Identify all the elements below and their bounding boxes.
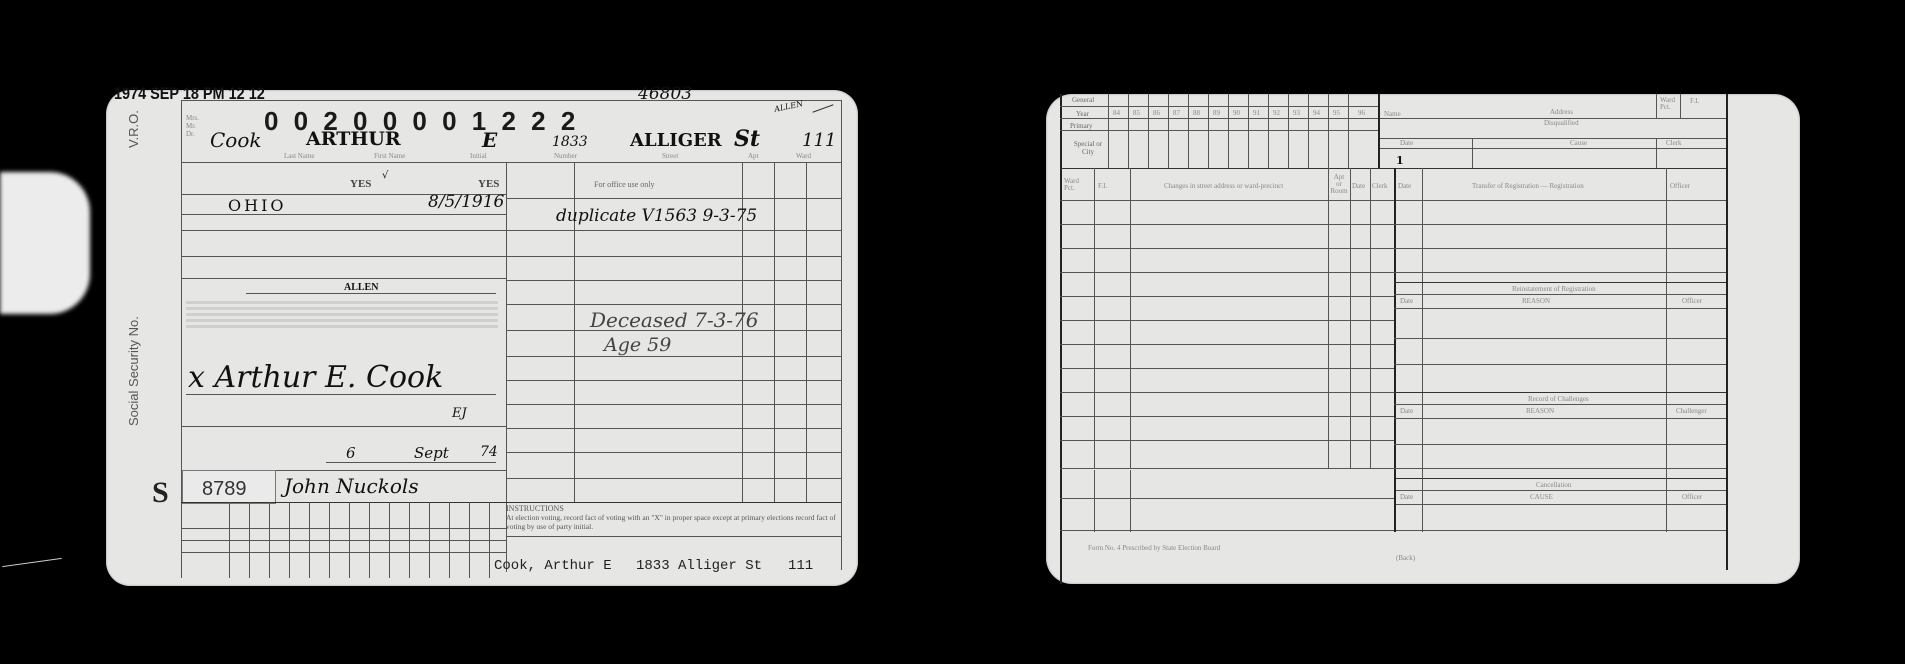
row-divider bbox=[181, 214, 506, 215]
street-suffix-value: St bbox=[734, 126, 760, 152]
changes-col-date: Date bbox=[1352, 182, 1365, 190]
label-street: Street bbox=[662, 152, 678, 160]
row-divider bbox=[506, 280, 841, 281]
changes-col-officer: Officer bbox=[1670, 182, 1690, 190]
house-number-value: 1833 bbox=[552, 134, 588, 150]
form-top-border bbox=[181, 100, 841, 101]
clerk-label: Clerk bbox=[1666, 139, 1682, 147]
label-first-name: First Name bbox=[374, 152, 405, 160]
check-small: √ bbox=[382, 170, 388, 181]
registrar-signature: John Nuckols bbox=[284, 474, 419, 498]
scan-scratch-line bbox=[2, 558, 62, 567]
year-85: 85 bbox=[1133, 109, 1140, 117]
year-94: 94 bbox=[1313, 109, 1320, 117]
row-divider bbox=[181, 426, 506, 427]
typed-address: 1833 Alliger St bbox=[636, 558, 762, 574]
footer-form-number: Form No. 4 Prescribed by State Election … bbox=[1088, 544, 1220, 552]
birth-date-value: 8/5/1916 bbox=[428, 192, 504, 212]
label-initial: Initial bbox=[470, 152, 487, 160]
row-divider bbox=[506, 404, 841, 405]
label-ward: Ward bbox=[796, 152, 811, 160]
office-entry-age: Age 59 bbox=[604, 334, 671, 356]
row-divider bbox=[506, 198, 841, 199]
label-last-name: Last Name bbox=[284, 152, 315, 160]
year-84: 84 bbox=[1113, 109, 1120, 117]
changes-table: Ward Pct. F.I. Changes in street address… bbox=[1060, 168, 1726, 570]
voter-signature: x Arthur E. Cook bbox=[188, 360, 443, 395]
year-87: 87 bbox=[1173, 109, 1180, 117]
footer-back: (Back) bbox=[1396, 554, 1415, 562]
back-right-border bbox=[1726, 94, 1728, 570]
s-mark: S bbox=[152, 476, 169, 510]
check-mark bbox=[812, 104, 833, 112]
oath-text-block bbox=[186, 298, 498, 331]
signature-line bbox=[186, 394, 496, 395]
row-divider bbox=[506, 356, 841, 357]
row-divider bbox=[506, 478, 841, 479]
back-card: General Year Primary Special or City 84 bbox=[1046, 94, 1800, 584]
year-92: 92 bbox=[1273, 109, 1280, 117]
date-label: Date bbox=[1400, 139, 1413, 147]
ward-pct-label: Ward Pct. bbox=[1660, 97, 1678, 111]
instructions-title: INSTRUCTIONS bbox=[506, 504, 841, 513]
changes-col-fi: F.I. bbox=[1098, 182, 1107, 190]
county-underline bbox=[246, 293, 496, 294]
name-label: Name bbox=[1384, 110, 1401, 118]
last-name-value: Cook bbox=[210, 128, 262, 152]
reinstatement-title: Reinstatement of Registration bbox=[1512, 285, 1596, 293]
year-89: 89 bbox=[1213, 109, 1220, 117]
year-93: 93 bbox=[1293, 109, 1300, 117]
office-entry-duplicate: duplicate V1563 9-3-75 bbox=[556, 206, 757, 226]
challenges-col-date: Date bbox=[1400, 407, 1413, 415]
typed-code: 111 bbox=[788, 558, 813, 574]
challenges-col-reason: REASON bbox=[1526, 407, 1554, 415]
ssn-label: Social Security No. bbox=[126, 316, 141, 426]
year-88: 88 bbox=[1193, 109, 1200, 117]
year-86: 86 bbox=[1153, 109, 1160, 117]
yes-1: YES bbox=[350, 178, 371, 190]
cause-label: Cause bbox=[1570, 139, 1587, 147]
row-divider bbox=[506, 428, 841, 429]
registrar-number: 8789 bbox=[202, 478, 247, 501]
row-label-year: Year bbox=[1076, 110, 1089, 118]
instructions-text: At election voting, record fact of votin… bbox=[506, 513, 836, 531]
label-number: Number bbox=[554, 152, 577, 160]
row-label-general: General bbox=[1072, 96, 1094, 104]
reinstatement-col-reason: REASON bbox=[1522, 297, 1550, 305]
cancellation-title: Cancellation bbox=[1536, 481, 1571, 489]
year-95: 95 bbox=[1333, 109, 1340, 117]
vro-label: V.R.O. bbox=[126, 110, 141, 148]
date-month: Sept bbox=[414, 444, 449, 462]
changes-col-date2: Date bbox=[1398, 182, 1411, 190]
row-divider bbox=[181, 278, 506, 279]
row-divider bbox=[181, 230, 506, 231]
row-divider bbox=[506, 256, 841, 257]
entry-mark: 1 bbox=[1396, 154, 1404, 167]
row-divider bbox=[506, 536, 841, 537]
cancellation-col-date: Date bbox=[1400, 493, 1413, 501]
changes-col-apt: Apt or Room bbox=[1330, 174, 1348, 195]
col-divider bbox=[774, 162, 775, 502]
fi-label: F.I. bbox=[1690, 97, 1699, 105]
received-stamp: 1974 SEP 18 PM 12 12 bbox=[114, 84, 265, 104]
row-divider bbox=[506, 330, 841, 331]
instructions-box: INSTRUCTIONS At election voting, record … bbox=[506, 504, 841, 532]
name-prefix-labels: Mrs. Mr. Dr. bbox=[186, 114, 199, 138]
year-columns: 84 85 86 87 88 89 90 91 92 93 94 95 96 bbox=[1108, 94, 1378, 168]
year-90: 90 bbox=[1233, 109, 1240, 117]
yes-2: YES bbox=[478, 178, 499, 190]
address-label: Address bbox=[1550, 108, 1573, 116]
reinstatement-col-officer: Officer bbox=[1682, 297, 1702, 305]
changes-col-address: Changes in street address or ward-precin… bbox=[1164, 182, 1283, 190]
challenges-title: Record of Challenges bbox=[1528, 395, 1589, 403]
date-day: 6 bbox=[346, 444, 356, 462]
first-name-value: ARTHUR bbox=[306, 128, 401, 150]
row-divider bbox=[506, 452, 841, 453]
typed-name: Cook, Arthur E bbox=[494, 558, 612, 574]
initial-value: E bbox=[482, 128, 497, 152]
changes-col-ward: Ward Pct. bbox=[1064, 178, 1084, 192]
street-value: ALLIGER bbox=[630, 130, 722, 151]
row-divider bbox=[181, 256, 506, 257]
birth-state-value: OHIO bbox=[228, 196, 287, 215]
year-91: 91 bbox=[1253, 109, 1260, 117]
top-number: 46803 bbox=[638, 84, 692, 104]
changes-col-clerk: Clerk bbox=[1372, 182, 1388, 190]
cancellation-col-cause: CAUSE bbox=[1530, 493, 1553, 501]
date-year: 74 bbox=[480, 444, 498, 460]
row-divider bbox=[506, 230, 841, 231]
ward-precinct-value: 111 bbox=[802, 130, 836, 151]
year-96: 96 bbox=[1358, 109, 1365, 117]
disqualified-label: Disqualified bbox=[1544, 119, 1579, 127]
reinstatement-col-date: Date bbox=[1400, 297, 1413, 305]
county-value: ALLEN bbox=[344, 282, 378, 293]
office-use-label: For office use only bbox=[594, 180, 655, 189]
voting-record-grid: General Year Primary Special or City 84 bbox=[1060, 94, 1726, 168]
annotation-allen: ALLEN bbox=[773, 99, 803, 114]
row-label-primary: Primary bbox=[1070, 122, 1093, 130]
scan-artifact bbox=[0, 172, 90, 314]
row-divider bbox=[506, 380, 841, 381]
col-divider bbox=[806, 162, 807, 502]
changes-col-transfer: Transfer of Registration — Registration bbox=[1472, 182, 1584, 190]
challenges-col-challenger: Challenger bbox=[1676, 407, 1707, 415]
signature-initials: EJ bbox=[452, 406, 467, 421]
voting-grid bbox=[181, 502, 506, 578]
label-apt: Apt bbox=[748, 152, 759, 160]
office-entry-deceased: Deceased 7-3-76 bbox=[590, 308, 759, 332]
form-right-border bbox=[841, 100, 842, 570]
row-divider bbox=[506, 304, 841, 305]
cancellation-col-officer: Officer bbox=[1682, 493, 1702, 501]
date-underline bbox=[326, 462, 496, 463]
row-label-special: Special or City bbox=[1068, 140, 1108, 156]
front-card: 1974 SEP 18 PM 12 12 46803 V.R.O. Social… bbox=[106, 90, 858, 586]
